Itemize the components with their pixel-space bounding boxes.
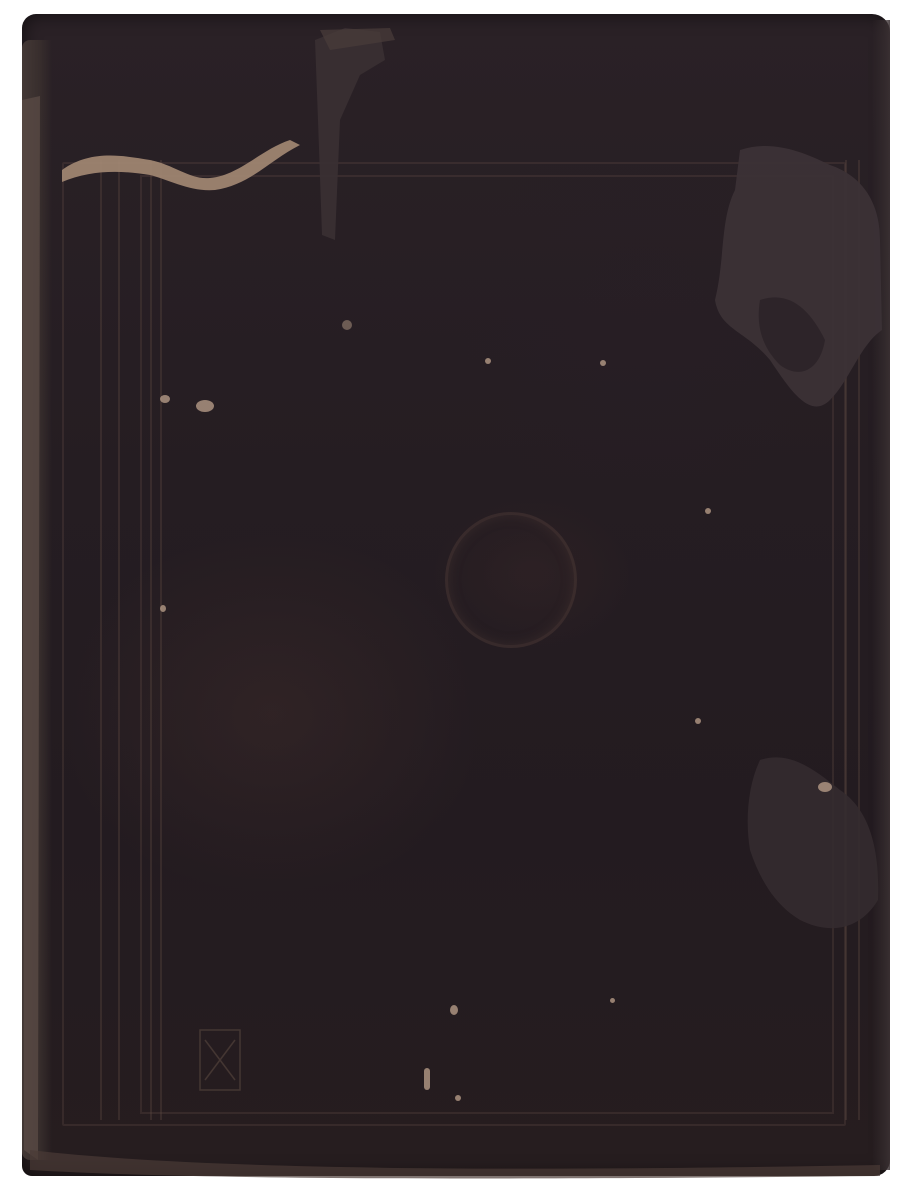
wear-spot (485, 358, 491, 364)
wear-spot (695, 718, 701, 724)
wear-spot (160, 605, 166, 612)
wear-spot (450, 1005, 458, 1015)
wear-spot (600, 360, 606, 366)
wear-spot (818, 782, 832, 792)
wear-spot (610, 998, 615, 1003)
wear-spot (196, 400, 214, 412)
wear-spot (424, 1068, 430, 1090)
wear-spot (342, 320, 352, 330)
wear-spot (160, 395, 170, 403)
wear-spot (705, 508, 711, 514)
wear-spot (455, 1095, 461, 1101)
wear-and-damage (0, 0, 908, 1200)
book-cover-photo: Antique leather book cover, front board (0, 0, 908, 1200)
